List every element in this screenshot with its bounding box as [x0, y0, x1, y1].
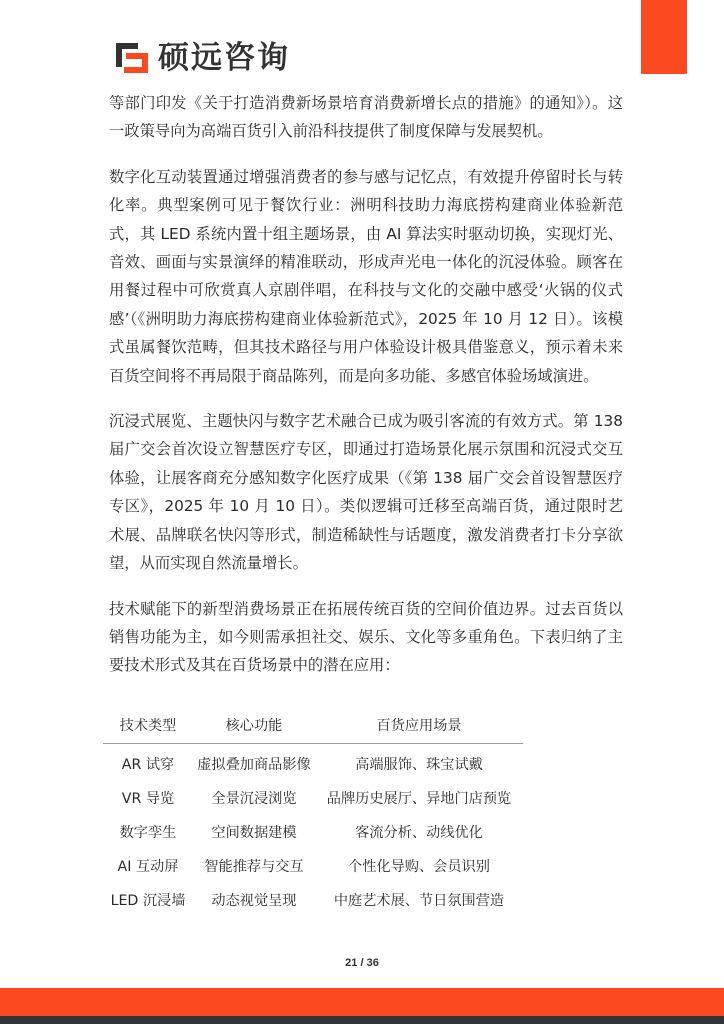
table-cell: 品牌历史展厅、异地门店预览: [315, 781, 523, 815]
top-accent-bar: [641, 0, 687, 74]
table-cell: 全景沉浸浏览: [193, 781, 315, 815]
table-cell: 空间数据建模: [193, 815, 315, 849]
footer-dark-strip: [0, 1016, 724, 1024]
column-header: 技术类型: [103, 707, 193, 744]
paragraph: 数字化互动装置通过增强消费者的参与感与记忆点，有效提升停留时长与转化率。典型案例…: [109, 163, 623, 390]
table-row: LED 沉浸墙 动态视觉呈现 中庭艺术展、节日氛围营造: [103, 883, 523, 917]
brand-logo-icon: [114, 41, 150, 75]
table-cell: 高端服饰、珠宝试戴: [315, 744, 523, 782]
table-cell: AI 互动屏: [103, 849, 193, 883]
brand-logo: 硕远咨询: [114, 40, 290, 76]
table-cell: 中庭艺术展、节日氛围营造: [315, 883, 523, 917]
paragraph: 技术赋能下的新型消费场景正在拓展传统百货的空间价值边界。过去百货以销售功能为主，…: [109, 595, 623, 680]
footer-accent-bar: [0, 988, 724, 1016]
table-cell: 个性化导购、会员识别: [315, 849, 523, 883]
brand-name: 硕远咨询: [158, 40, 290, 76]
table-cell: 智能推荐与交互: [193, 849, 315, 883]
paragraph: 等部门印发《关于打造消费新场景培育消费新增长点的措施》的通知》）。这一政策导向为…: [109, 89, 623, 146]
table-cell: 动态视觉呈现: [193, 883, 315, 917]
table-row: AI 互动屏 智能推荐与交互 个性化导购、会员识别: [103, 849, 523, 883]
column-header: 百货应用场景: [315, 707, 523, 744]
paragraph: 沉浸式展览、主题快闪与数字艺术融合已成为吸引客流的有效方式。第 138 届广交会…: [109, 407, 623, 577]
table-cell: VR 导览: [103, 781, 193, 815]
table-row: AR 试穿 虚拟叠加商品影像 高端服饰、珠宝试戴: [103, 744, 523, 782]
table-cell: 虚拟叠加商品影像: [193, 744, 315, 782]
table-cell: AR 试穿: [103, 744, 193, 782]
page-number: 21 / 36: [0, 957, 724, 969]
table-row: 数字孪生 空间数据建模 客流分析、动线优化: [103, 815, 523, 849]
table-header-row: 技术类型 核心功能 百货应用场景: [103, 707, 523, 744]
column-header: 核心功能: [193, 707, 315, 744]
table-cell: LED 沉浸墙: [103, 883, 193, 917]
table-cell: 客流分析、动线优化: [315, 815, 523, 849]
body-text: 等部门印发《关于打造消费新场景培育消费新增长点的措施》的通知》）。这一政策导向为…: [109, 89, 623, 697]
table-row: VR 导览 全景沉浸浏览 品牌历史展厅、异地门店预览: [103, 781, 523, 815]
technology-table: 技术类型 核心功能 百货应用场景 AR 试穿 虚拟叠加商品影像 高端服饰、珠宝试…: [103, 707, 523, 917]
table-cell: 数字孪生: [103, 815, 193, 849]
